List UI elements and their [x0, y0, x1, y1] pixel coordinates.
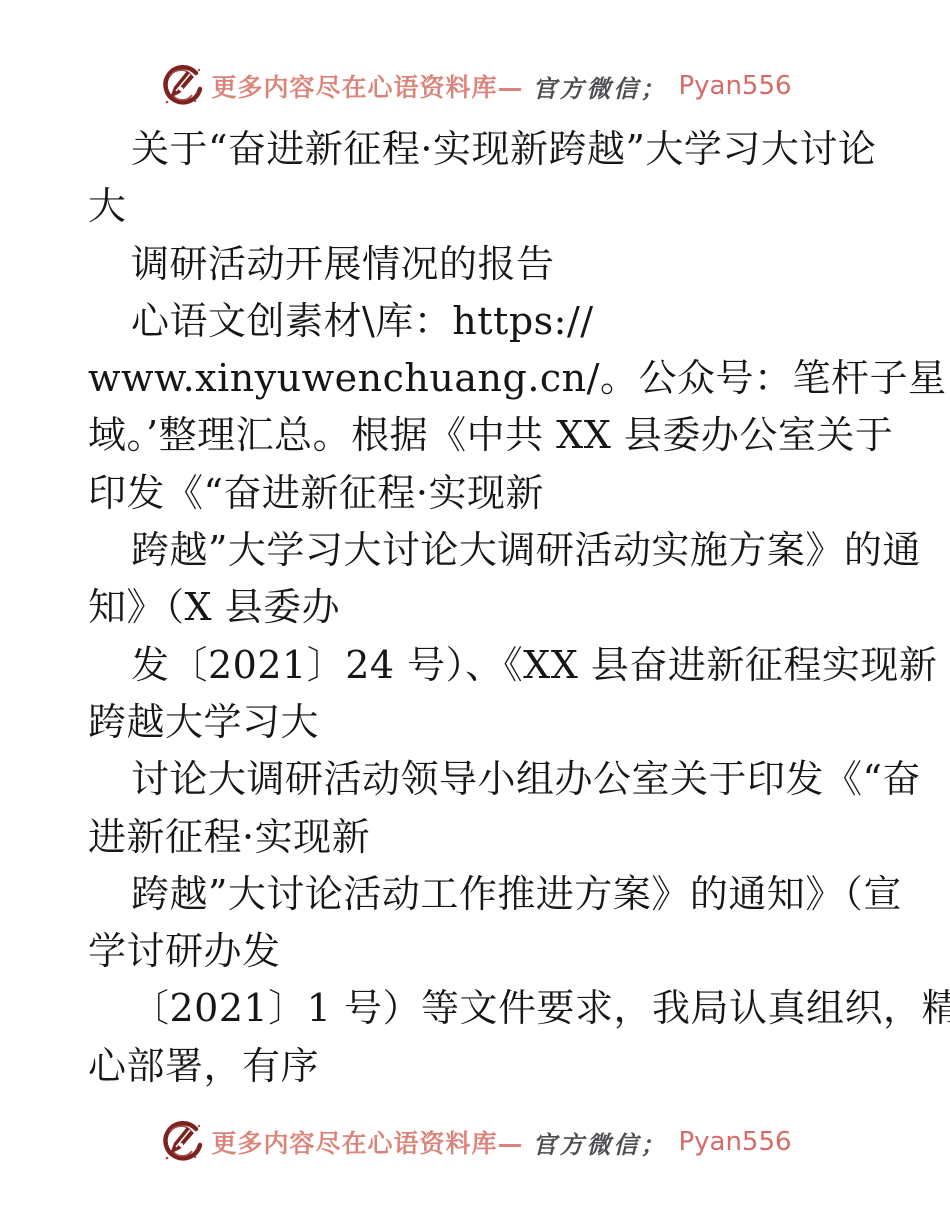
- text-line: www.xinyuwenchuang.cn/。公众号：笔杆子星: [88, 350, 892, 407]
- document-body: 关于“奋进新征程·实现新跨越”大学习大讨论大调研活动开展情况的报告心语文创素材\…: [88, 121, 892, 1095]
- header-watermark: 更多内容尽在心语资料库—官方微信；Pyan556: [0, 62, 950, 110]
- text-line: 跨越大学习大: [88, 694, 892, 751]
- text-line: 调研活动开展情况的报告: [88, 236, 892, 293]
- watermark-wechat-id: Pyan556: [678, 71, 791, 101]
- text-line: 域。’整理汇总。根据《中共 XX 县委办公室关于: [88, 407, 892, 464]
- text-line: 心语文创素材\库：https://: [88, 293, 892, 350]
- text-line: 印发《“奋进新征程·实现新: [88, 465, 892, 522]
- brand-logo-icon: [158, 62, 204, 110]
- text-line: 发〔2021〕24 号）、《XX 县奋进新征程实现新: [88, 637, 892, 694]
- text-line: 学讨研办发: [88, 923, 892, 980]
- text-line: 〔2021〕1 号）等文件要求，我局认真组织，精: [88, 980, 892, 1037]
- watermark-wechat-id: Pyan556: [678, 1127, 791, 1157]
- text-line: 大: [88, 178, 892, 235]
- footer-watermark: 更多内容尽在心语资料库—官方微信；Pyan556: [0, 1118, 950, 1166]
- document-page: 更多内容尽在心语资料库—官方微信；Pyan556 关于“奋进新征程·实现新跨越”…: [0, 0, 950, 1230]
- watermark-brand-text: 更多内容尽在心语资料库—: [211, 68, 523, 104]
- brand-logo-icon: [158, 1118, 204, 1166]
- text-line: 跨越”大讨论活动工作推进方案》的通知》（宣: [88, 866, 892, 923]
- text-line: 关于“奋进新征程·实现新跨越”大学习大讨论: [88, 121, 892, 178]
- text-line: 知》（X 县委办: [88, 579, 892, 636]
- text-line: 心部署，有序: [88, 1038, 892, 1095]
- watermark-channel-label: 官方微信；: [532, 1125, 667, 1160]
- text-line: 进新征程·实现新: [88, 809, 892, 866]
- watermark-channel-label: 官方微信；: [532, 69, 667, 104]
- watermark-brand-text: 更多内容尽在心语资料库—: [211, 1124, 523, 1160]
- text-line: 讨论大调研活动领导小组办公室关于印发《“奋: [88, 751, 892, 808]
- text-line: 跨越”大学习大讨论大调研活动实施方案》的通: [88, 522, 892, 579]
